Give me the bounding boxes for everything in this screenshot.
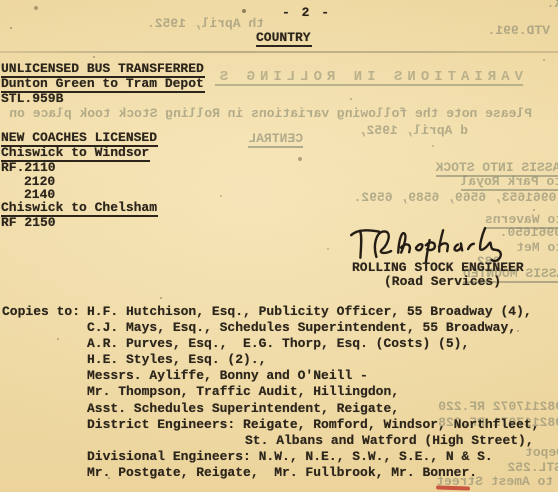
- bleed-text: th April, 1952.: [147, 17, 264, 31]
- bleed-text: to Met: [516, 241, 558, 255]
- bleed-text-fragment: Please note the following variations in …: [8, 107, 532, 121]
- signatory-title: ROLLING STOCK ENGINEER: [352, 260, 524, 275]
- bleed-text: d April, 1952,: [359, 124, 468, 138]
- copies-line: Mr. Thompson, Traffic Audit, Hillingdon,: [87, 384, 539, 400]
- copies-line: H.F. Hutchison, Esq., Publicity Officer,…: [87, 304, 539, 320]
- copies-line: H.E. Styles, Esq. (2).,: [87, 352, 539, 368]
- copies-line: Asst. Schedules Superintendent, Reigate,: [87, 401, 539, 417]
- bleed-text-fragment: th April, 1952.: [128, 17, 264, 31]
- copies-line: District Engineers: Reigate, Romford, Wi…: [87, 417, 539, 433]
- section-heading-text: COUNTRY: [256, 30, 312, 47]
- bleed-text-fragment: VTD.991.: [476, 24, 550, 38]
- bleed-text: CENTRAL: [248, 132, 303, 148]
- copies-line: Messrs. Ayliffe, Bonny and O'Neill -: [87, 368, 539, 384]
- bleed-text-fragment: B.0961653, 6569, 6589, 6592.: [350, 191, 558, 205]
- page-number: - 2 -: [282, 5, 331, 20]
- copies-list: H.F. Hutchison, Esq., Publicity Officer,…: [87, 304, 539, 481]
- fleet-number-stl: STL.959B: [1, 91, 63, 106]
- bleed-text: to Park Royal: [461, 175, 558, 191]
- section-heading-country: COUNTRY: [256, 30, 312, 47]
- fleet-number-rf: RF.2110: [1, 160, 56, 175]
- copies-line: St. Albans and Watford (High Street),: [87, 433, 539, 449]
- bleed-text-fragment: CK.: [510, 0, 558, 11]
- bleed-text-fragment: d April, 1952,: [352, 124, 468, 138]
- bleed-text: B.0961653, 6569, 6589, 6592.: [354, 191, 558, 205]
- scanned-document-page: CK. th April, 1952. VTD.991. VARIATIONS …: [0, 0, 558, 492]
- copies-line: A.R. Purves, Esq., E.G. Thorp, Esq. (Cos…: [87, 336, 539, 352]
- bleed-text-fragment: to Park Royal: [452, 175, 558, 191]
- bleed-text: VTD.991.: [488, 24, 550, 38]
- bleed-text: CK.: [547, 0, 558, 11]
- bleed-text: VARIATIONS IN ROLLING S: [215, 70, 523, 86]
- copies-line: Divisional Engineers: N.W., N.E., S.W., …: [87, 449, 539, 465]
- signatory-subtitle: (Road Services): [384, 274, 501, 289]
- copies-line: Mr. Postgate, Reigate, Mr. Fullbrook, Mr…: [87, 465, 539, 481]
- red-pen-mark: [436, 485, 470, 490]
- bleed-heading-fragment: CENTRAL: [245, 132, 303, 148]
- fleet-number-rf: RF 2150: [1, 215, 56, 230]
- bleed-text: Please note the following variations in …: [9, 107, 532, 121]
- copies-line: C.J. Mays, Esq., Schedules Superintenden…: [87, 320, 539, 336]
- paper-speckles: [0, 0, 2, 2]
- copies-label: Copies to:: [2, 304, 80, 319]
- scan-crease-line: [0, 51, 558, 53]
- bleed-heading-fragment: VARIATIONS IN ROLLING S: [198, 70, 523, 86]
